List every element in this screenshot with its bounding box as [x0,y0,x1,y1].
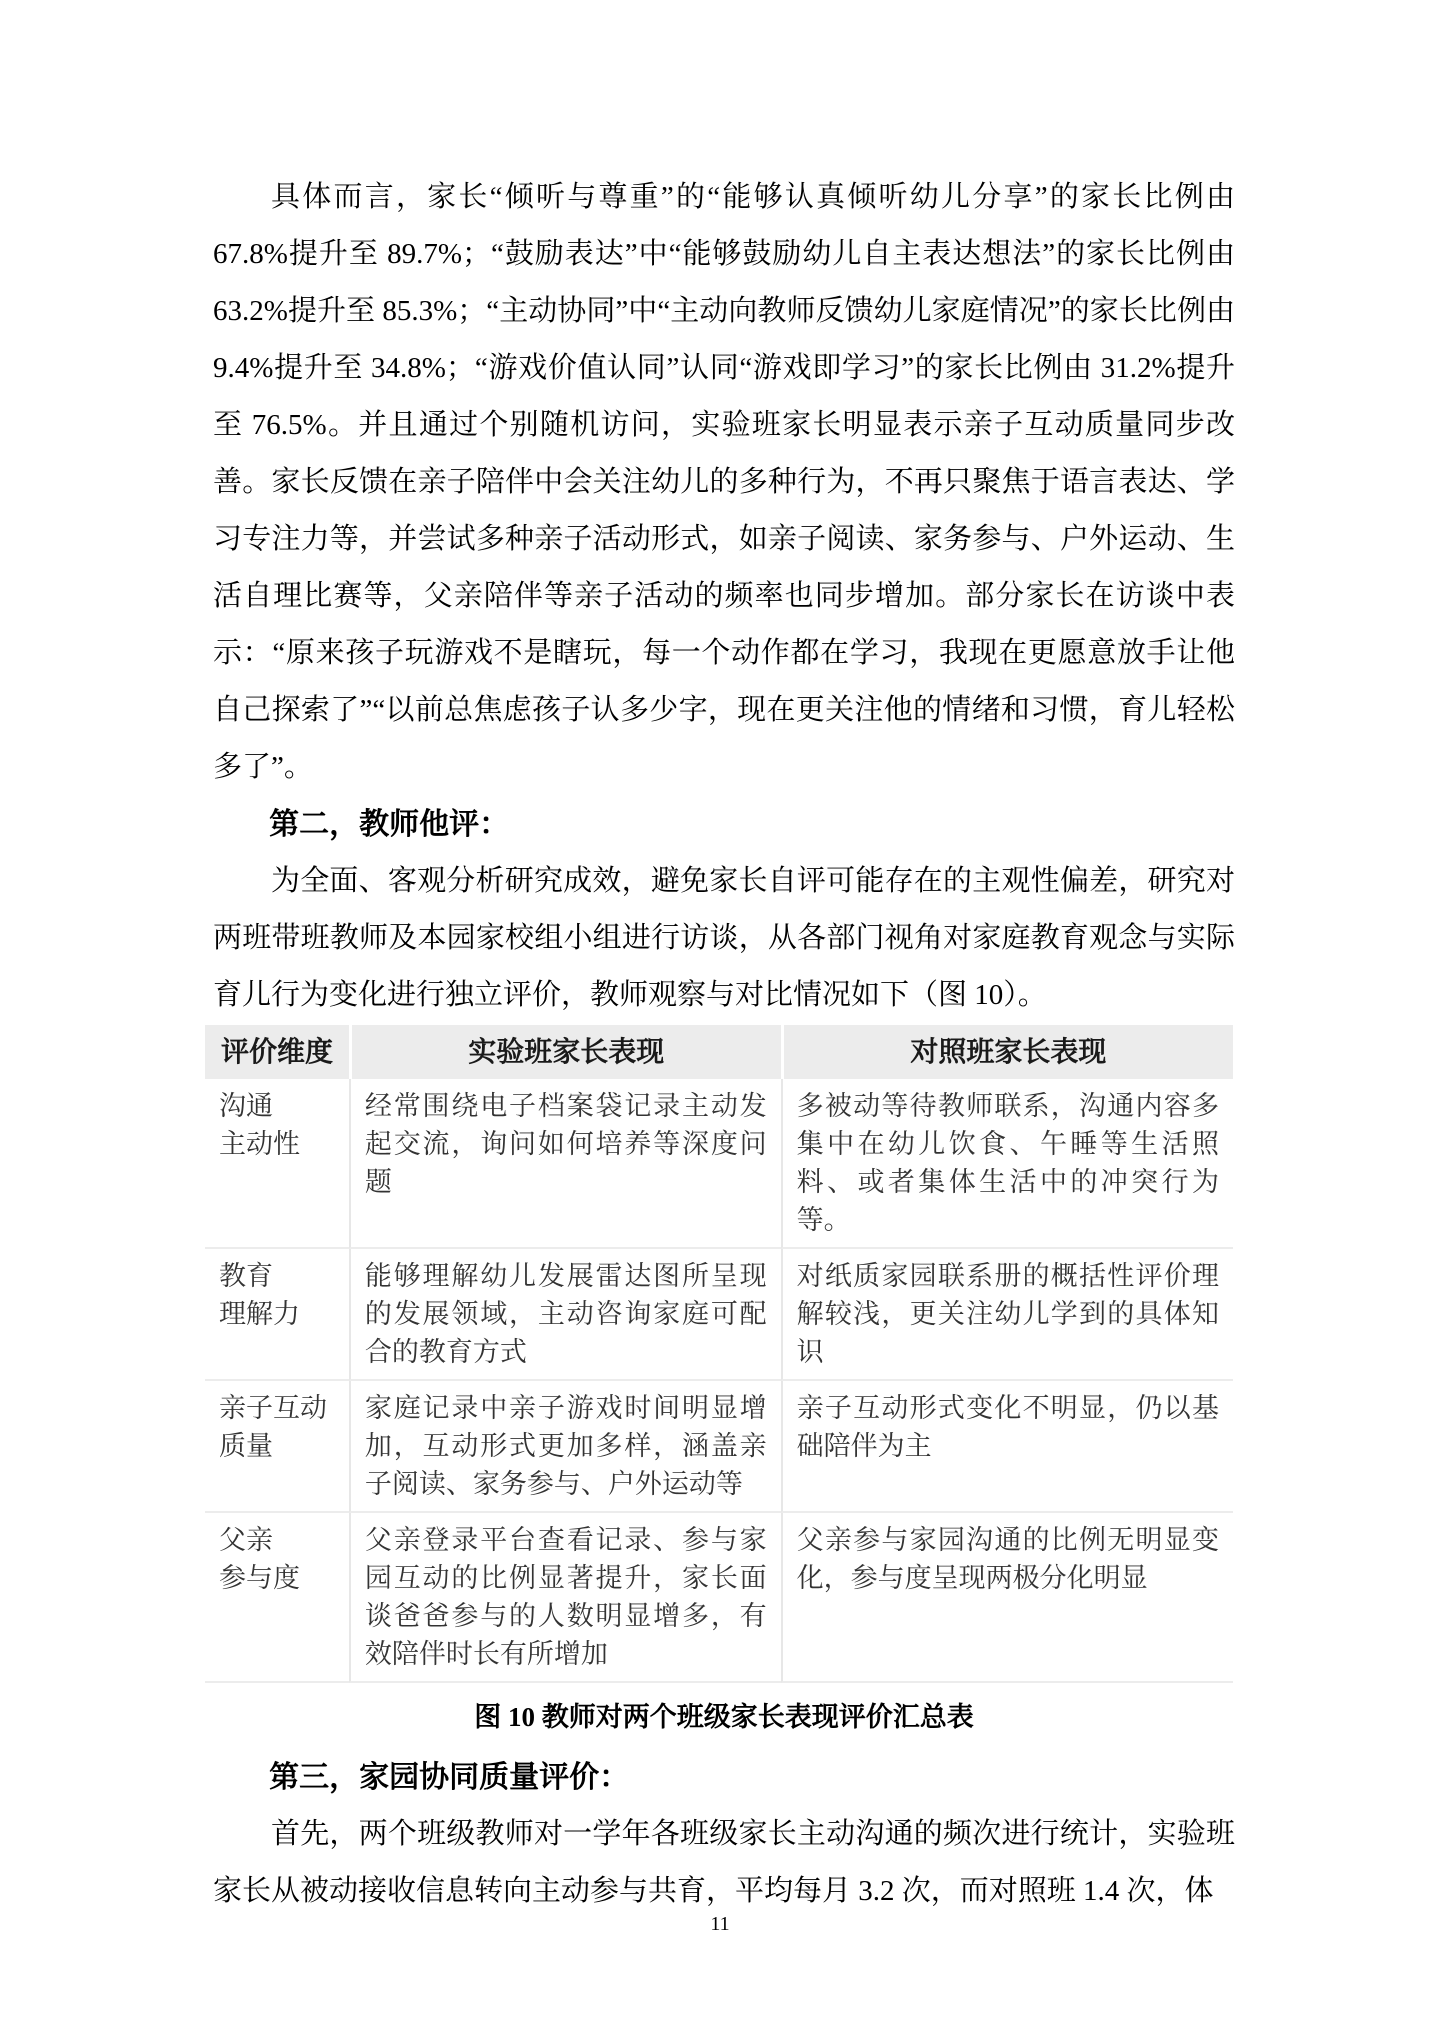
paragraph-teacher-eval-intro: 为全面、客观分析研究成效，避免家长自评可能存在的主观性偏差，研究对两班带班教师及… [213,853,1235,1024]
experimental-cell: 能够理解幼儿发展雷达图所呈现的发展领域，主动咨询家庭可配合的教育方式 [349,1249,781,1381]
figure-10-table: 评价维度 实验班家长表现 对照班家长表现 沟通 主动性 经常围绕电子档案袋记录主… [205,1025,1233,1683]
experimental-cell: 经常围绕电子档案袋记录主动发起交流，询问如何培养等深度问题 [349,1079,781,1249]
dimension-cell: 沟通 主动性 [205,1079,349,1249]
paragraph-survey-results: 具体而言，家长“倾听与尊重”的“能够认真倾听幼儿分享”的家长比例由 67.8%提… [213,169,1235,796]
document-page: 具体而言，家长“倾听与尊重”的“能够认真倾听幼儿分享”的家长比例由 67.8%提… [0,0,1440,2036]
table-row-father-participation: 父亲 参与度 父亲登录平台查看记录、参与家园互动的比例显著提升，家长面谈爸爸参与… [205,1513,1233,1683]
table-header-row: 评价维度 实验班家长表现 对照班家长表现 [205,1025,1233,1079]
table-row-education-understanding: 教育 理解力 能够理解幼儿发展雷达图所呈现的发展领域，主动咨询家庭可配合的教育方… [205,1249,1233,1381]
dimension-cell: 亲子互动 质量 [205,1381,349,1513]
column-header-dimension: 评价维度 [205,1025,349,1079]
control-cell: 亲子互动形式变化不明显，仍以基础陪伴为主 [781,1381,1233,1513]
experimental-cell: 家庭记录中亲子游戏时间明显增加，互动形式更加多样，涵盖亲子阅读、家务参与、户外运… [349,1381,781,1513]
table-row-communication: 沟通 主动性 经常围绕电子档案袋记录主动发起交流，询问如何培养等深度问题 多被动… [205,1079,1233,1249]
page-number: 11 [0,1913,1440,1936]
column-header-experimental-class: 实验班家长表现 [349,1025,781,1079]
table-row-parent-child-interaction: 亲子互动 质量 家庭记录中亲子游戏时间明显增加，互动形式更加多样，涵盖亲子阅读、… [205,1381,1233,1513]
experimental-cell: 父亲登录平台查看记录、参与家园互动的比例显著提升，家长面谈爸爸参与的人数明显增多… [349,1513,781,1683]
heading-third-collaboration-quality: 第三，家园协同质量评价： [213,1749,1235,1806]
control-cell: 对纸质家园联系册的概括性评价理解较浅，更关注幼儿学到的具体知识 [781,1249,1233,1381]
heading-second-teacher-eval: 第二，教师他评： [213,796,1235,853]
control-cell: 多被动等待教师联系，沟通内容多集中在幼儿饮食、午睡等生活照料、或者集体生活中的冲… [781,1079,1233,1249]
document-content: 具体而言，家长“倾听与尊重”的“能够认真倾听幼儿分享”的家长比例由 67.8%提… [213,0,1235,1920]
figure-10-caption: 图 10 教师对两个班级家长表现评价汇总表 [213,1697,1235,1737]
control-cell: 父亲参与家园沟通的比例无明显变化，参与度呈现两极分化明显 [781,1513,1233,1683]
dimension-cell: 父亲 参与度 [205,1513,349,1683]
dimension-cell: 教育 理解力 [205,1249,349,1381]
paragraph-collaboration-stats: 首先，两个班级教师对一学年各班级家长主动沟通的频次进行统计，实验班家长从被动接收… [213,1806,1235,1920]
column-header-control-class: 对照班家长表现 [781,1025,1233,1079]
